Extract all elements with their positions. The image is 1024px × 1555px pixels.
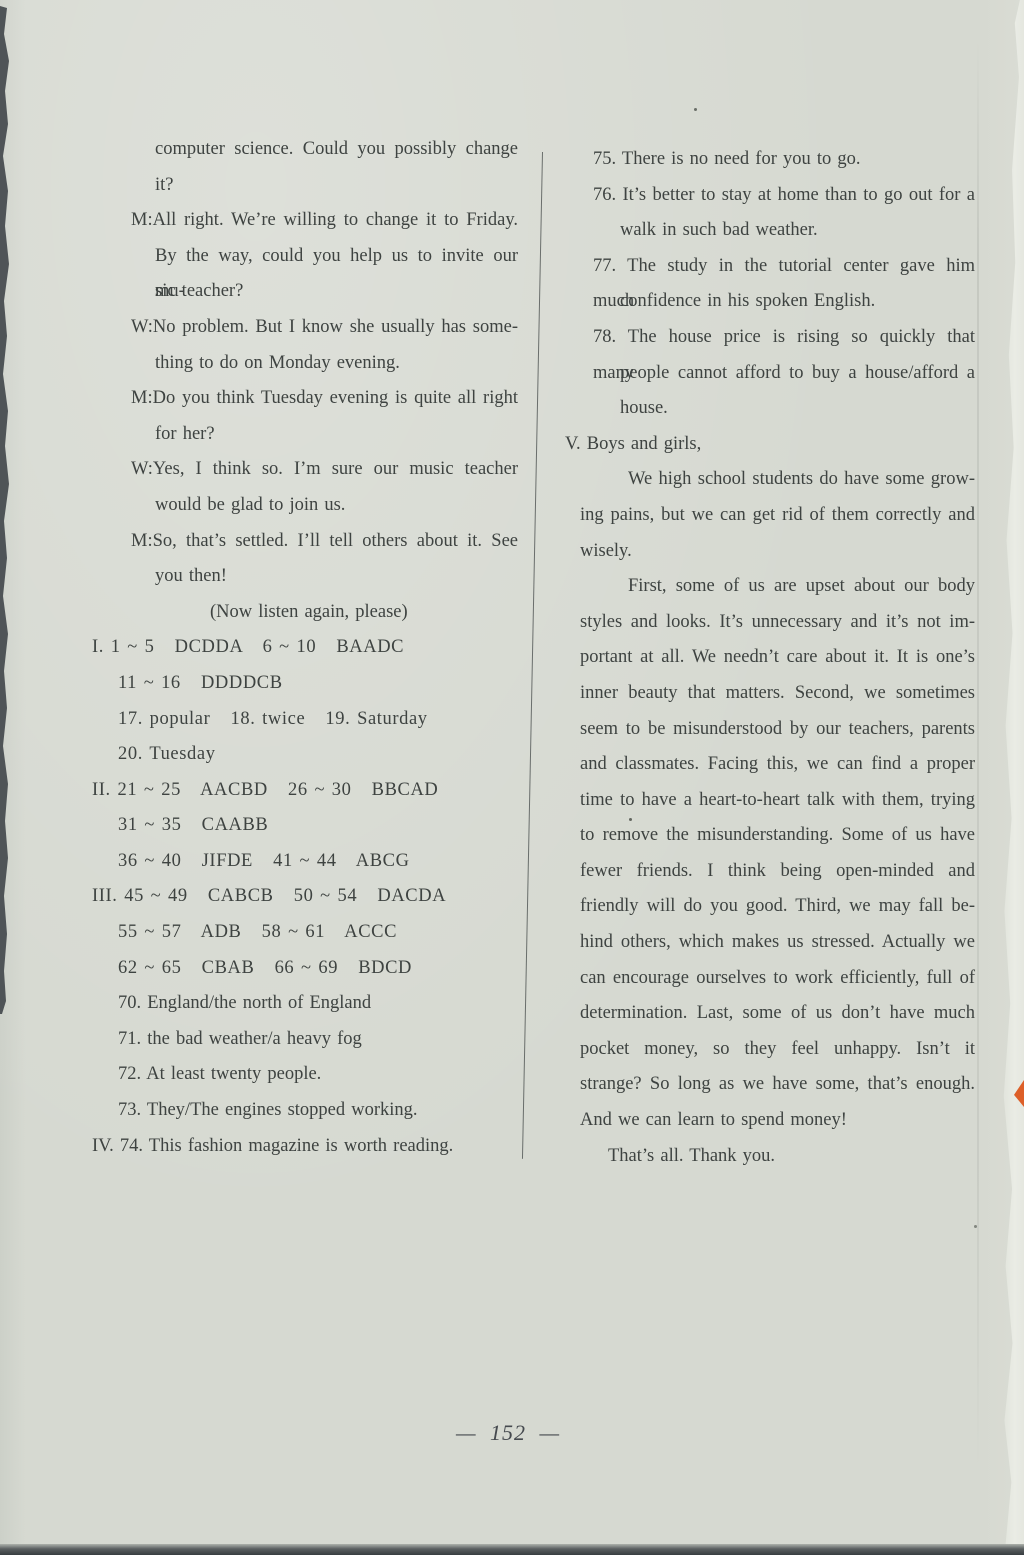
text-line: friendly will do you good. Third, we may… (565, 889, 975, 925)
answer-key-line: II. 21 ~ 25 AACBD 26 ~ 30 BBCAD (88, 773, 518, 809)
ink-speck (974, 1225, 977, 1228)
text-line: 78. The house price is rising so quickly… (565, 320, 975, 356)
text-line: 76. It’s better to stay at home than to … (565, 178, 975, 214)
text-line: fewer friends. I think being open-minded… (565, 854, 975, 890)
text-line: you then! (88, 559, 518, 595)
text-line: strange? So long as we have some, that’s… (565, 1067, 975, 1103)
text-line: thing to do on Monday evening. (88, 346, 518, 382)
answer-key-line: 31 ~ 35 CAABB (88, 808, 518, 844)
text-line: (Now listen again, please) (88, 595, 518, 631)
page-crease-line (977, 40, 979, 1470)
page-number: — 152 — (456, 1420, 560, 1446)
answer-key-line: 70. England/the north of England (88, 986, 518, 1022)
answer-key-line: 55 ~ 57 ADB 58 ~ 61 ACCC (88, 915, 518, 951)
underlying-page-edge (1001, 0, 1024, 1544)
text-line: ing pains, but we can get rid of them co… (565, 498, 975, 534)
left-column: computer science. Could you possibly cha… (88, 132, 518, 1164)
text-line: hind others, which makes us stressed. Ac… (565, 925, 975, 961)
text-line: M:All right. We’re willing to change it … (88, 203, 518, 239)
answer-key-line: 20. Tuesday (88, 737, 518, 773)
text-line: seem to be misunderstood by our teachers… (565, 712, 975, 748)
text-line: confidence in his spoken English. (565, 284, 975, 320)
text-line: wisely. (565, 534, 975, 570)
text-line: and classmates. Facing this, we can find… (565, 747, 975, 783)
answer-key-line: 17. popular 18. twice 19. Saturday (88, 702, 518, 738)
right-column: 75. There is no need for you to go. 76. … (565, 142, 975, 1174)
text-line: for her? (88, 417, 518, 453)
text-line: pocket money, so they feel unhappy. Isn’… (565, 1032, 975, 1068)
text-line: would be glad to join us. (88, 488, 518, 524)
text-line: it? (88, 168, 518, 204)
text-line: house. (565, 391, 975, 427)
answer-key-line: 71. the bad weather/a heavy fog (88, 1022, 518, 1058)
scanned-answer-page: computer science. Could you possibly cha… (0, 0, 1024, 1555)
ink-speck (694, 108, 697, 111)
text-line: V. Boys and girls, (565, 427, 975, 463)
text-line: walk in such bad weather. (565, 213, 975, 249)
answer-key-line: IV. 74. This fashion magazine is worth r… (88, 1129, 518, 1165)
text-line: computer science. Could you possibly cha… (88, 132, 518, 168)
answer-key-line: 11 ~ 16 DDDDCB (88, 666, 518, 702)
answer-key-line: 72. At least twenty people. (88, 1057, 518, 1093)
text-line: portant at all. We needn’t care about it… (565, 640, 975, 676)
text-line: W:Yes, I think so. I’m sure our music te… (88, 452, 518, 488)
torn-paper-edge (0, 6, 14, 1016)
text-line: M:Do you think Tuesday evening is quite … (88, 381, 518, 417)
text-line: can encourage ourselves to work efficien… (565, 961, 975, 997)
text-line: time to have a heart-to-heart talk with … (565, 783, 975, 819)
text-line: By the way, could you help us to invite … (88, 239, 518, 275)
text-line: That’s all. Thank you. (565, 1139, 975, 1175)
answer-key-line: III. 45 ~ 49 CABCB 50 ~ 54 DACDA (88, 879, 518, 915)
answer-key-line: I. 1 ~ 5 DCDDA 6 ~ 10 BAADC (88, 630, 518, 666)
text-line: We high school students do have some gro… (565, 462, 975, 498)
text-line: First, some of us are upset about our bo… (565, 569, 975, 605)
column-divider-line (522, 152, 543, 1159)
text-line: And we can learn to spend money! (565, 1103, 975, 1139)
text-line: W:No problem. But I know she usually has… (88, 310, 518, 346)
text-line: M:So, that’s settled. I’ll tell others a… (88, 524, 518, 560)
text-line: sic teacher? (88, 274, 518, 310)
text-line: inner beauty that matters. Second, we so… (565, 676, 975, 712)
answer-key-line: 36 ~ 40 JIFDE 41 ~ 44 ABCG (88, 844, 518, 880)
text-line: to remove the misunderstanding. Some of … (565, 818, 975, 854)
bottom-scan-edge (0, 1544, 1024, 1555)
text-line: styles and looks. It’s unnecessary and i… (565, 605, 975, 641)
text-line: 75. There is no need for you to go. (565, 142, 975, 178)
answer-key-line: 73. They/The engines stopped working. (88, 1093, 518, 1129)
text-line: 77. The study in the tutorial center gav… (565, 249, 975, 285)
text-line: determination. Last, some of us don’t ha… (565, 996, 975, 1032)
text-line: people cannot afford to buy a house/affo… (565, 356, 975, 392)
answer-key-line: 62 ~ 65 CBAB 66 ~ 69 BDCD (88, 951, 518, 987)
